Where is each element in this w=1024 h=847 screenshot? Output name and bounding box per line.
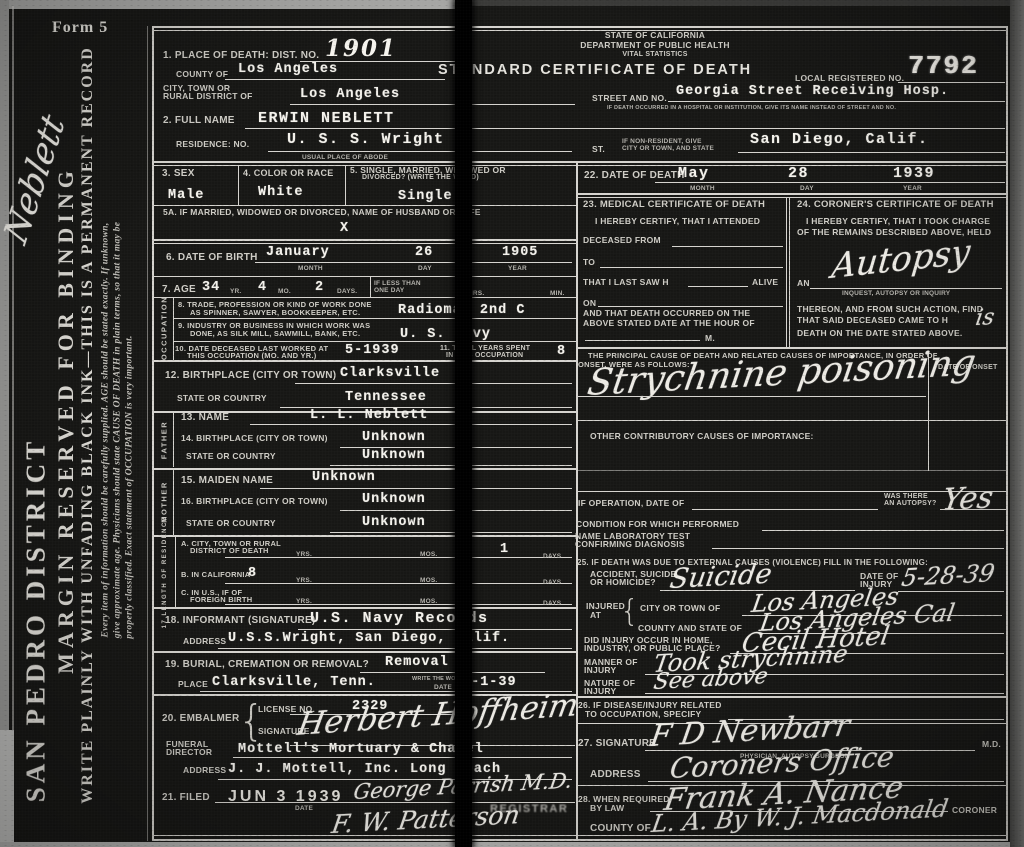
- city-label: RURAL DISTRICT OF: [163, 92, 253, 102]
- residence-label: RESIDENCE: NO.: [176, 140, 249, 150]
- rule-line: [360, 672, 545, 673]
- rule-line: [152, 839, 1008, 841]
- rule-line: [692, 509, 878, 510]
- scan-edge-left: [0, 0, 9, 730]
- rule-line: [578, 420, 1006, 421]
- days-word: DAYS.: [337, 288, 357, 295]
- day-word: DAY: [418, 265, 432, 272]
- funeral-address-label: ADDRESS: [183, 766, 226, 776]
- father-state-label: STATE OR COUNTRY: [186, 452, 276, 462]
- rule-line: [238, 166, 239, 205]
- age-label: 7. AGE: [162, 284, 196, 296]
- yrs-word: YRS.: [296, 577, 312, 584]
- nonresident-value: San Diego, Calif.: [750, 132, 929, 147]
- mother-birthplace-label: 16. BIRTHPLACE (CITY OR TOWN): [181, 497, 328, 507]
- kind-value: Suicide: [668, 560, 774, 593]
- physician-signature-label: 27. SIGNATURE: [578, 738, 656, 750]
- father-birthplace-value: Unknown: [362, 431, 426, 445]
- margin-fine-print-3: properly classified. Exact statement of …: [125, 335, 135, 638]
- rule-line: [218, 648, 572, 649]
- scan-edge-top-right: [458, 0, 1010, 6]
- day-word: DAY: [800, 185, 814, 192]
- place-of-death-label: 1. PLACE OF DEATH: DIST. NO.: [163, 50, 319, 62]
- residence-a-days-value: 1: [500, 543, 509, 557]
- medical-cert-text: ALIVE: [752, 278, 778, 288]
- autopsy-answer-value: Yes: [940, 483, 995, 516]
- residence-value: U. S. S. Wright: [287, 132, 445, 147]
- last-worked-value: 5-1939: [345, 344, 400, 358]
- coroner-cert-text: DEATH ON THE DATE STATED ABOVE.: [797, 329, 962, 339]
- coroner-cert-text: I HEREBY CERTIFY, THAT I TOOK CHARGE: [806, 217, 990, 227]
- residence-b-years-value: 8: [248, 567, 257, 581]
- rule-line: [173, 470, 174, 535]
- rule-line: [898, 591, 1004, 592]
- rule-line: [152, 26, 1008, 28]
- form-number: Form 5: [52, 20, 108, 36]
- filed-label: 21. FILED: [162, 792, 210, 804]
- rule-line: [175, 537, 176, 607]
- rule-line: [152, 297, 576, 298]
- trade-label: AS SPINNER, SAWYER, BOOKKEEPER, ETC.: [190, 309, 360, 318]
- street-label: STREET AND NO.: [592, 94, 667, 104]
- father-side-label: FATHER: [160, 421, 168, 459]
- birthplace-value: Clarksville: [340, 367, 440, 381]
- burial-value: Removal: [385, 656, 449, 670]
- certificate-title: STANDARD CERTIFICATE OF DEATH: [438, 62, 752, 79]
- sex-label: 3. SEX: [162, 168, 195, 180]
- rule-line: [260, 488, 572, 489]
- scan-edge-bottom-left: [0, 730, 14, 847]
- dob-month-value: January: [266, 246, 330, 260]
- operation-label: IF OPERATION, DATE OF: [578, 499, 684, 509]
- rule-line: [585, 340, 700, 341]
- local-registered-label: LOCAL REGISTERED NO.: [795, 74, 904, 84]
- race-value: White: [258, 186, 304, 200]
- kind-label: OR HOMICIDE?: [590, 578, 656, 588]
- rule-line: [645, 693, 1004, 694]
- deputy-registrar-signature: F. W. Patterson: [330, 802, 522, 837]
- full-name-label: 2. FULL NAME: [163, 115, 235, 127]
- coroner-autopsy-value: Autopsy: [830, 235, 972, 284]
- dob-year-value: 1905: [502, 246, 538, 260]
- physician-address-label: ADDRESS: [590, 769, 641, 781]
- mother-maiden-label: 15. MAIDEN NAME: [181, 475, 273, 487]
- injured-at-brace: {: [620, 597, 639, 627]
- month-word: MONTH: [298, 265, 323, 272]
- residence-length-side-label: 17 LENGTH OF RESIDENCE: [162, 516, 168, 629]
- section-divider: [578, 197, 1006, 198]
- rule-line: [245, 128, 1005, 129]
- residence-b-label: B. IN CALIFORNIA: [181, 571, 250, 580]
- rule-line: [152, 835, 1008, 836]
- rule-line: [370, 277, 371, 297]
- rule-line: [898, 82, 1005, 83]
- rule-line: [147, 26, 148, 841]
- rule-line: [173, 413, 174, 467]
- informant-label: 18. INFORMANT (SIGNATURE): [165, 615, 316, 627]
- medical-cert-text: ABOVE STATED DATE AT THE HOUR OF: [583, 319, 755, 329]
- dob-label: 6. DATE OF BIRTH: [166, 252, 258, 264]
- death-year-value: 1939: [893, 166, 935, 181]
- total-years-value: 8: [557, 345, 566, 359]
- nonresident-note: CITY OR TOWN, AND STATE: [622, 145, 714, 152]
- sex-value: Male: [168, 189, 204, 203]
- rule-line: [330, 465, 572, 466]
- rule-line: [298, 629, 572, 630]
- city-value: Los Angeles: [300, 88, 400, 102]
- mother-state-label: STATE OR COUNTRY: [186, 519, 276, 529]
- medical-cert-text: TO: [583, 258, 595, 268]
- residence-a-label: DISTRICT OF DEATH: [190, 547, 269, 556]
- age-years-value: 34: [202, 281, 220, 295]
- local-registered-number: 7792: [908, 53, 978, 79]
- section-divider: [152, 165, 1008, 166]
- coroner-cert-text: THEREON, AND FROM SUCH ACTION, FIND: [797, 305, 983, 315]
- rule-line: [225, 604, 572, 605]
- rule-line: [578, 396, 926, 397]
- rule-line: [250, 424, 572, 425]
- lab-test-label: CONFIRMING DIAGNOSIS: [575, 540, 685, 550]
- rule-line: [655, 182, 1005, 183]
- section-divider: [152, 651, 576, 653]
- date-of-death-label: 22. DATE OF DEATH: [584, 170, 685, 182]
- scan-edge-bottom: [0, 842, 1024, 847]
- coroner-cert-text: AN: [797, 279, 810, 289]
- father-name-label: 13. NAME: [181, 412, 229, 424]
- burial-place-label: PLACE: [178, 680, 208, 690]
- rule-line: [668, 101, 1005, 102]
- death-month-value: May: [678, 166, 710, 181]
- rule-line: [789, 197, 790, 347]
- section-divider: [578, 193, 1006, 195]
- rule-line: [330, 532, 572, 533]
- rule-line: [152, 276, 576, 277]
- coroner-his-value: is: [974, 307, 996, 330]
- rule-line: [173, 297, 174, 360]
- days-word: DAYS: [543, 579, 561, 586]
- section-divider: [152, 360, 576, 362]
- medical-cert-text: DECEASED FROM: [583, 236, 661, 246]
- scan-edge-top: [0, 0, 458, 9]
- date-word: DATE: [295, 805, 313, 812]
- rule-line: [712, 548, 1004, 549]
- mother-maiden-value: Unknown: [312, 471, 376, 485]
- autopsy-question-label: AN AUTOPSY?: [884, 500, 937, 508]
- rule-line: [786, 197, 787, 347]
- rule-line: [345, 166, 346, 205]
- death-day-value: 28: [788, 166, 809, 181]
- condition-label: CONDITION FOR WHICH PERFORMED: [576, 520, 739, 530]
- age-months-value: 4: [258, 281, 267, 295]
- rule-line: [233, 757, 572, 758]
- full-name-value: ERWIN NEBLETT: [258, 111, 395, 126]
- manner-label: INJURY: [584, 666, 616, 676]
- rule-line: [173, 318, 576, 319]
- district-number-value: 1901: [325, 37, 397, 60]
- county-of-label: COUNTY OF: [590, 823, 651, 835]
- rule-line: [738, 152, 1005, 153]
- street-value: Georgia Street Receiving Hosp.: [676, 85, 949, 99]
- days-word: DAYS: [543, 553, 561, 560]
- rule-line: [225, 583, 572, 584]
- yrs-word: YRS.: [296, 598, 312, 605]
- rule-line: [225, 79, 445, 80]
- spouse-label: 5A. IF MARRIED, WIDOWED OR DIVORCED, NAM…: [163, 208, 481, 218]
- rule-line: [152, 26, 154, 841]
- section-divider: [152, 607, 576, 609]
- margin-fine-print-2: give approximate age. Physicians should …: [113, 222, 123, 639]
- rule-line: [598, 306, 783, 307]
- age-days-value: 2: [315, 281, 324, 295]
- medical-cert-text: M.: [705, 334, 715, 344]
- county-label: COUNTY OF: [176, 70, 228, 80]
- medical-cert-text: THAT I LAST SAW H: [583, 278, 669, 288]
- section-divider: [152, 243, 576, 244]
- rule-line: [255, 262, 572, 263]
- rule-line: [810, 288, 1002, 289]
- embalmer-label: 20. EMBALMER: [162, 713, 239, 725]
- other-causes-label: OTHER CONTRIBUTORY CAUSES OF IMPORTANCE:: [590, 432, 814, 442]
- coroner-cert-title: 24. CORONER'S CERTIFICATE OF DEATH: [797, 200, 994, 211]
- fold-crease: [455, 0, 472, 847]
- medical-cert-text: I HEREBY CERTIFY, THAT I ATTENDED: [595, 217, 760, 227]
- rule-line: [152, 205, 576, 206]
- street-note: IF DEATH OCCURRED IN A HOSPITAL OR INSTI…: [607, 105, 896, 111]
- birthplace-state-value: Tennessee: [345, 391, 427, 405]
- rule-line: [268, 151, 572, 152]
- mos-word: MOS.: [420, 551, 437, 558]
- injured-at-label: AT: [590, 611, 601, 621]
- margin-binding-text: MARGIN RESERVED FOR BINDING: [55, 166, 77, 674]
- rule-line: [295, 383, 572, 384]
- dob-day-value: 26: [415, 246, 433, 260]
- md-word: M.D.: [982, 740, 1001, 750]
- father-name-value: L. L. Neblett: [310, 409, 428, 423]
- birthplace-label: 12. BIRTHPLACE (CITY OR TOWN): [165, 370, 336, 382]
- section-divider: [152, 161, 1008, 163]
- rule-line: [225, 557, 572, 558]
- informant-address-label: ADDRESS: [183, 637, 226, 647]
- inquest-note: INQUEST, AUTOPSY OR INQUIRY: [842, 290, 950, 297]
- rule-line: [173, 341, 576, 342]
- rule-line: [940, 509, 1006, 510]
- month-word: MONTH: [690, 185, 715, 192]
- burial-label: 19. BURIAL, CREMATION OR REMOVAL?: [165, 659, 369, 671]
- birthplace-state-label: STATE OR COUNTRY: [177, 394, 267, 404]
- yrs-word: YRS.: [296, 551, 312, 558]
- mos-word: MOS.: [420, 598, 437, 605]
- spouse-value: X: [340, 222, 349, 236]
- when-required-label: BY LAW: [590, 804, 624, 814]
- burial-place-value: Clarksville, Tenn.: [212, 676, 376, 690]
- mo-word: MO.: [278, 288, 291, 295]
- margin-paper-edge: [12, 6, 14, 730]
- funeral-director-label: DIRECTOR: [166, 748, 212, 758]
- coroner-cert-text: THAT SAID DECEASED CAME TO H: [797, 316, 948, 326]
- injury-county-label: COUNTY AND STATE OF: [638, 624, 742, 634]
- coroner-word: CORONER: [952, 806, 997, 816]
- rule-line: [290, 104, 575, 105]
- less-than-one-day-label: ONE DAY: [374, 287, 404, 294]
- race-label: 4. COLOR OR RACE: [243, 168, 334, 178]
- rule-line: [672, 246, 783, 247]
- section-divider: [578, 696, 1006, 698]
- mother-birthplace-value: Unknown: [362, 493, 426, 507]
- father-state-value: Unknown: [362, 449, 426, 463]
- rule-line: [578, 491, 1006, 492]
- death-certificate-scan: Form 5 SAN PEDRO DISTRICT MARGIN RESERVE…: [0, 0, 1024, 847]
- yr-word: YR.: [230, 288, 241, 295]
- section-divider: [152, 239, 576, 241]
- father-birthplace-label: 14. BIRTHPLACE (CITY OR TOWN): [181, 434, 328, 444]
- funeral-director-value: Mottell's Mortuary & Chapel: [238, 743, 484, 757]
- nature-value: See above: [652, 666, 769, 694]
- medical-cert-title: 23. MEDICAL CERTIFICATE OF DEATH: [583, 200, 765, 211]
- district-stamp: SAN PEDRO DISTRICT: [23, 438, 50, 803]
- rule-line: [1006, 26, 1008, 841]
- rule-line: [600, 267, 783, 268]
- mother-state-value: Unknown: [362, 516, 426, 530]
- margin-ink-text: WRITE PLAINLY WITH UNFADING BLACK INK—TH…: [80, 46, 96, 804]
- marital-value: Single: [398, 190, 453, 204]
- margin-fine-print-1: Every item of information should be care…: [101, 222, 111, 637]
- industry-label: DONE, AS SILK MILL, SAWMILL, BANK, ETC.: [190, 330, 360, 339]
- header-department: DEPARTMENT OF PUBLIC HEALTH: [525, 41, 785, 51]
- rule-line: [578, 470, 1006, 471]
- county-value: Los Angeles: [238, 63, 338, 77]
- header-vital: VITAL STATISTICS: [525, 51, 785, 59]
- year-word: YEAR: [903, 185, 922, 192]
- occupation-side-label: OCCUPATION: [160, 296, 168, 360]
- embalmer-signature-value: Herbert Hoffheim: [295, 690, 581, 741]
- rule-line: [688, 286, 748, 287]
- injury-date-value: 5-28-39: [900, 561, 996, 590]
- industry-value: U. S. Navy: [400, 328, 491, 342]
- st-label: ST.: [592, 145, 605, 155]
- injury-city-label: CITY OR TOWN OF: [640, 604, 720, 614]
- section-divider: [152, 535, 576, 537]
- scan-edge-right: [1010, 0, 1024, 847]
- mos-word: MOS.: [420, 577, 437, 584]
- rule-line: [762, 530, 1004, 531]
- year-word: YEAR: [508, 265, 527, 272]
